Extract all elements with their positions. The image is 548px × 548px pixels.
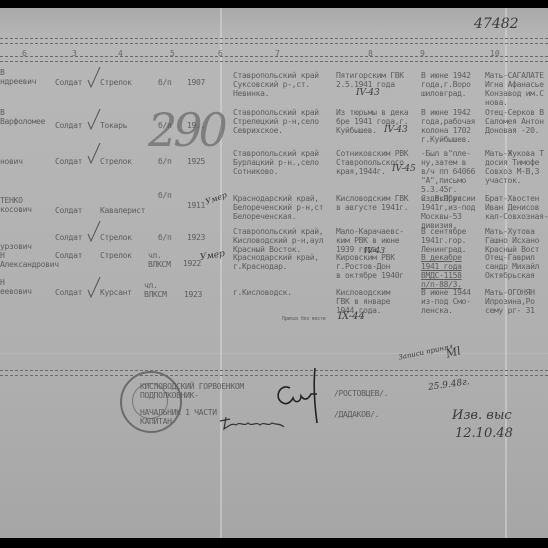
missing-date-cell: В июне 1942 года,г.Воро шиловград. [421,71,471,98]
rank-cell: Солдат [55,288,82,297]
name-cell: ТЕНКО косович [0,196,32,214]
birth-year-cell: 1923 [184,290,202,299]
archive-number: 47482 [474,16,519,32]
rank-cell: Солдат [55,157,82,166]
party-cell: б/п [158,191,172,200]
party-cell: чл. ВЛКСМ [144,281,167,299]
position-cell: Кавалерист [100,206,145,215]
position-cell: Стрелок [100,233,132,242]
relative-cell: Отец-Гаврил сандр Михайл Октябрьская [485,253,539,280]
missing-date-cell: В декабре 1941 года ВМДС-1158 п/п-88/3. [421,253,462,289]
name-cell: В ндреевич [0,68,36,86]
party-cell: б/п [158,157,172,166]
relative-cell: Мать-САГАЛАТЕ Игна Афанасье Конзавод им.… [485,71,544,107]
handwritten-resolution-date: 25.9.48г. [428,377,471,393]
party-cell: чл. ВЛКСМ [148,251,171,269]
party-cell: б/п [158,233,172,242]
position-cell: Стрелок [100,251,132,260]
checkmark-icon [87,66,101,88]
missing-date-cell: С декабря 1941г,из-под Москвы-53 дивизия… [421,194,475,230]
birthplace-cell: Краснодарский край, Белореченский р-н,ст… [233,194,323,221]
missing-date-cell: В июне 1942 года,рабочая колона 1702 г.К… [421,108,475,144]
header-divider-bottom [0,56,548,62]
position-cell: Стрелок [100,78,132,87]
birthplace-cell: г.Кисловодск. [233,288,292,297]
stamp-text: Приказ без вести [282,315,325,324]
birth-year-cell: 1922 [183,259,201,268]
signatory-name-2: /ДАДАКОВ/. [334,410,379,419]
birthplace-cell: Краснодарский край, г.Краснодар. [233,253,319,271]
handwritten-died-note: Умер [204,190,228,206]
archive-mark: IX-44 [338,311,365,322]
paper-fold [0,353,548,354]
missing-date-cell: В июне 1944 из-под Смо- ленска. [421,288,471,315]
name-cell: Н Александрович [0,251,59,269]
signatory-title-4: КАПИТАН- [140,417,176,426]
handwritten-sheet-number: 290 [148,103,224,157]
rank-cell: Солдат [55,78,82,87]
called-by-cell: Кисловодским ГВК в августе 1941г. [336,194,408,212]
signatory-title-1: КИСЛОВОДСКИЙ ГОРВОЕНКОМ [140,382,244,391]
name-cell: Н еевович [0,278,32,296]
rank-cell: Солдат [55,251,82,260]
signatory-title-2: ПОДПОЛКОВНИК- [140,391,199,400]
handwritten-initials: Ml [445,344,463,360]
document-scan: 47482 6 3 4 5 6 7 8 9 10 В ндреевич Солд… [0,8,548,538]
relative-cell: Мать-Хутова Гашно Исхано Красный Вост [485,227,539,254]
rank-cell: Солдат [55,121,82,130]
checkmark-icon [87,276,101,298]
header-divider-top [0,38,548,44]
signature-dadakov [218,413,288,435]
archive-mark: IV-43 [384,125,408,135]
paper-fold [220,8,222,538]
birth-year-cell: 1923 [187,233,205,242]
birth-year-cell: 1911 [187,201,205,210]
checkmark-icon [87,142,101,164]
called-by-cell: Пятигорским ГВК 2.5.1941 года [336,71,404,89]
signatory-name-1: /РОСТОВЦЕВ/. [334,389,388,398]
archive-mark: IV-43 [356,88,380,98]
relative-cell: Отец-Серков В Саломея Антон Доновая -20. [485,108,544,135]
handwritten-notice-date: 12.10.48 [455,426,513,441]
position-cell: Стрелок [100,157,132,166]
rank-cell: Солдат [55,206,82,215]
checkmark-icon [87,220,101,242]
handwritten-notice-sent: Изв. выс [452,408,512,423]
birthplace-cell: Ставропольский край, Кисловодский р-н,ау… [233,227,323,254]
birth-year-cell: 1907 [187,78,205,87]
signatory-title-3: НАЧАЛЬНИК 1 ЧАСТИ [140,408,217,417]
name-cell: урзович [0,233,32,251]
birth-year-cell: 1925 [187,157,205,166]
party-cell: б/п [158,78,172,87]
archive-mark: IV-45 [392,164,416,174]
relative-cell: Мать-ОГОНЯН Илрозина,Ро сему рг- 31 [485,288,535,315]
relative-cell: Брат-Хвостен Иван Денисов кал-Совхозная-… [485,194,548,221]
birthplace-cell: Ставропольский край Бурлацкий р-н.,село … [233,149,319,176]
rank-cell: Солдат [55,233,82,242]
birthplace-cell: Ставропольский край Суксовский р-,ст. Не… [233,71,319,98]
relative-cell: Мать-Жукова Т досия Тимофе Совхоз М-В,3 … [485,149,544,185]
missing-date-cell: В сентябре 1941г.гор. Ленинград. [421,227,466,254]
called-by-cell: Кировским РВК г.Ростов-Дон в октябре 194… [336,253,404,280]
position-cell: Курсант [100,288,132,297]
position-cell: Токарь [100,121,127,130]
birthplace-cell: Ставропольский край Стрелецкий р-н,село … [233,108,319,135]
checkmark-icon [87,108,101,130]
name-cell: нович [0,148,23,166]
name-cell: В Варфоломее [0,108,45,126]
